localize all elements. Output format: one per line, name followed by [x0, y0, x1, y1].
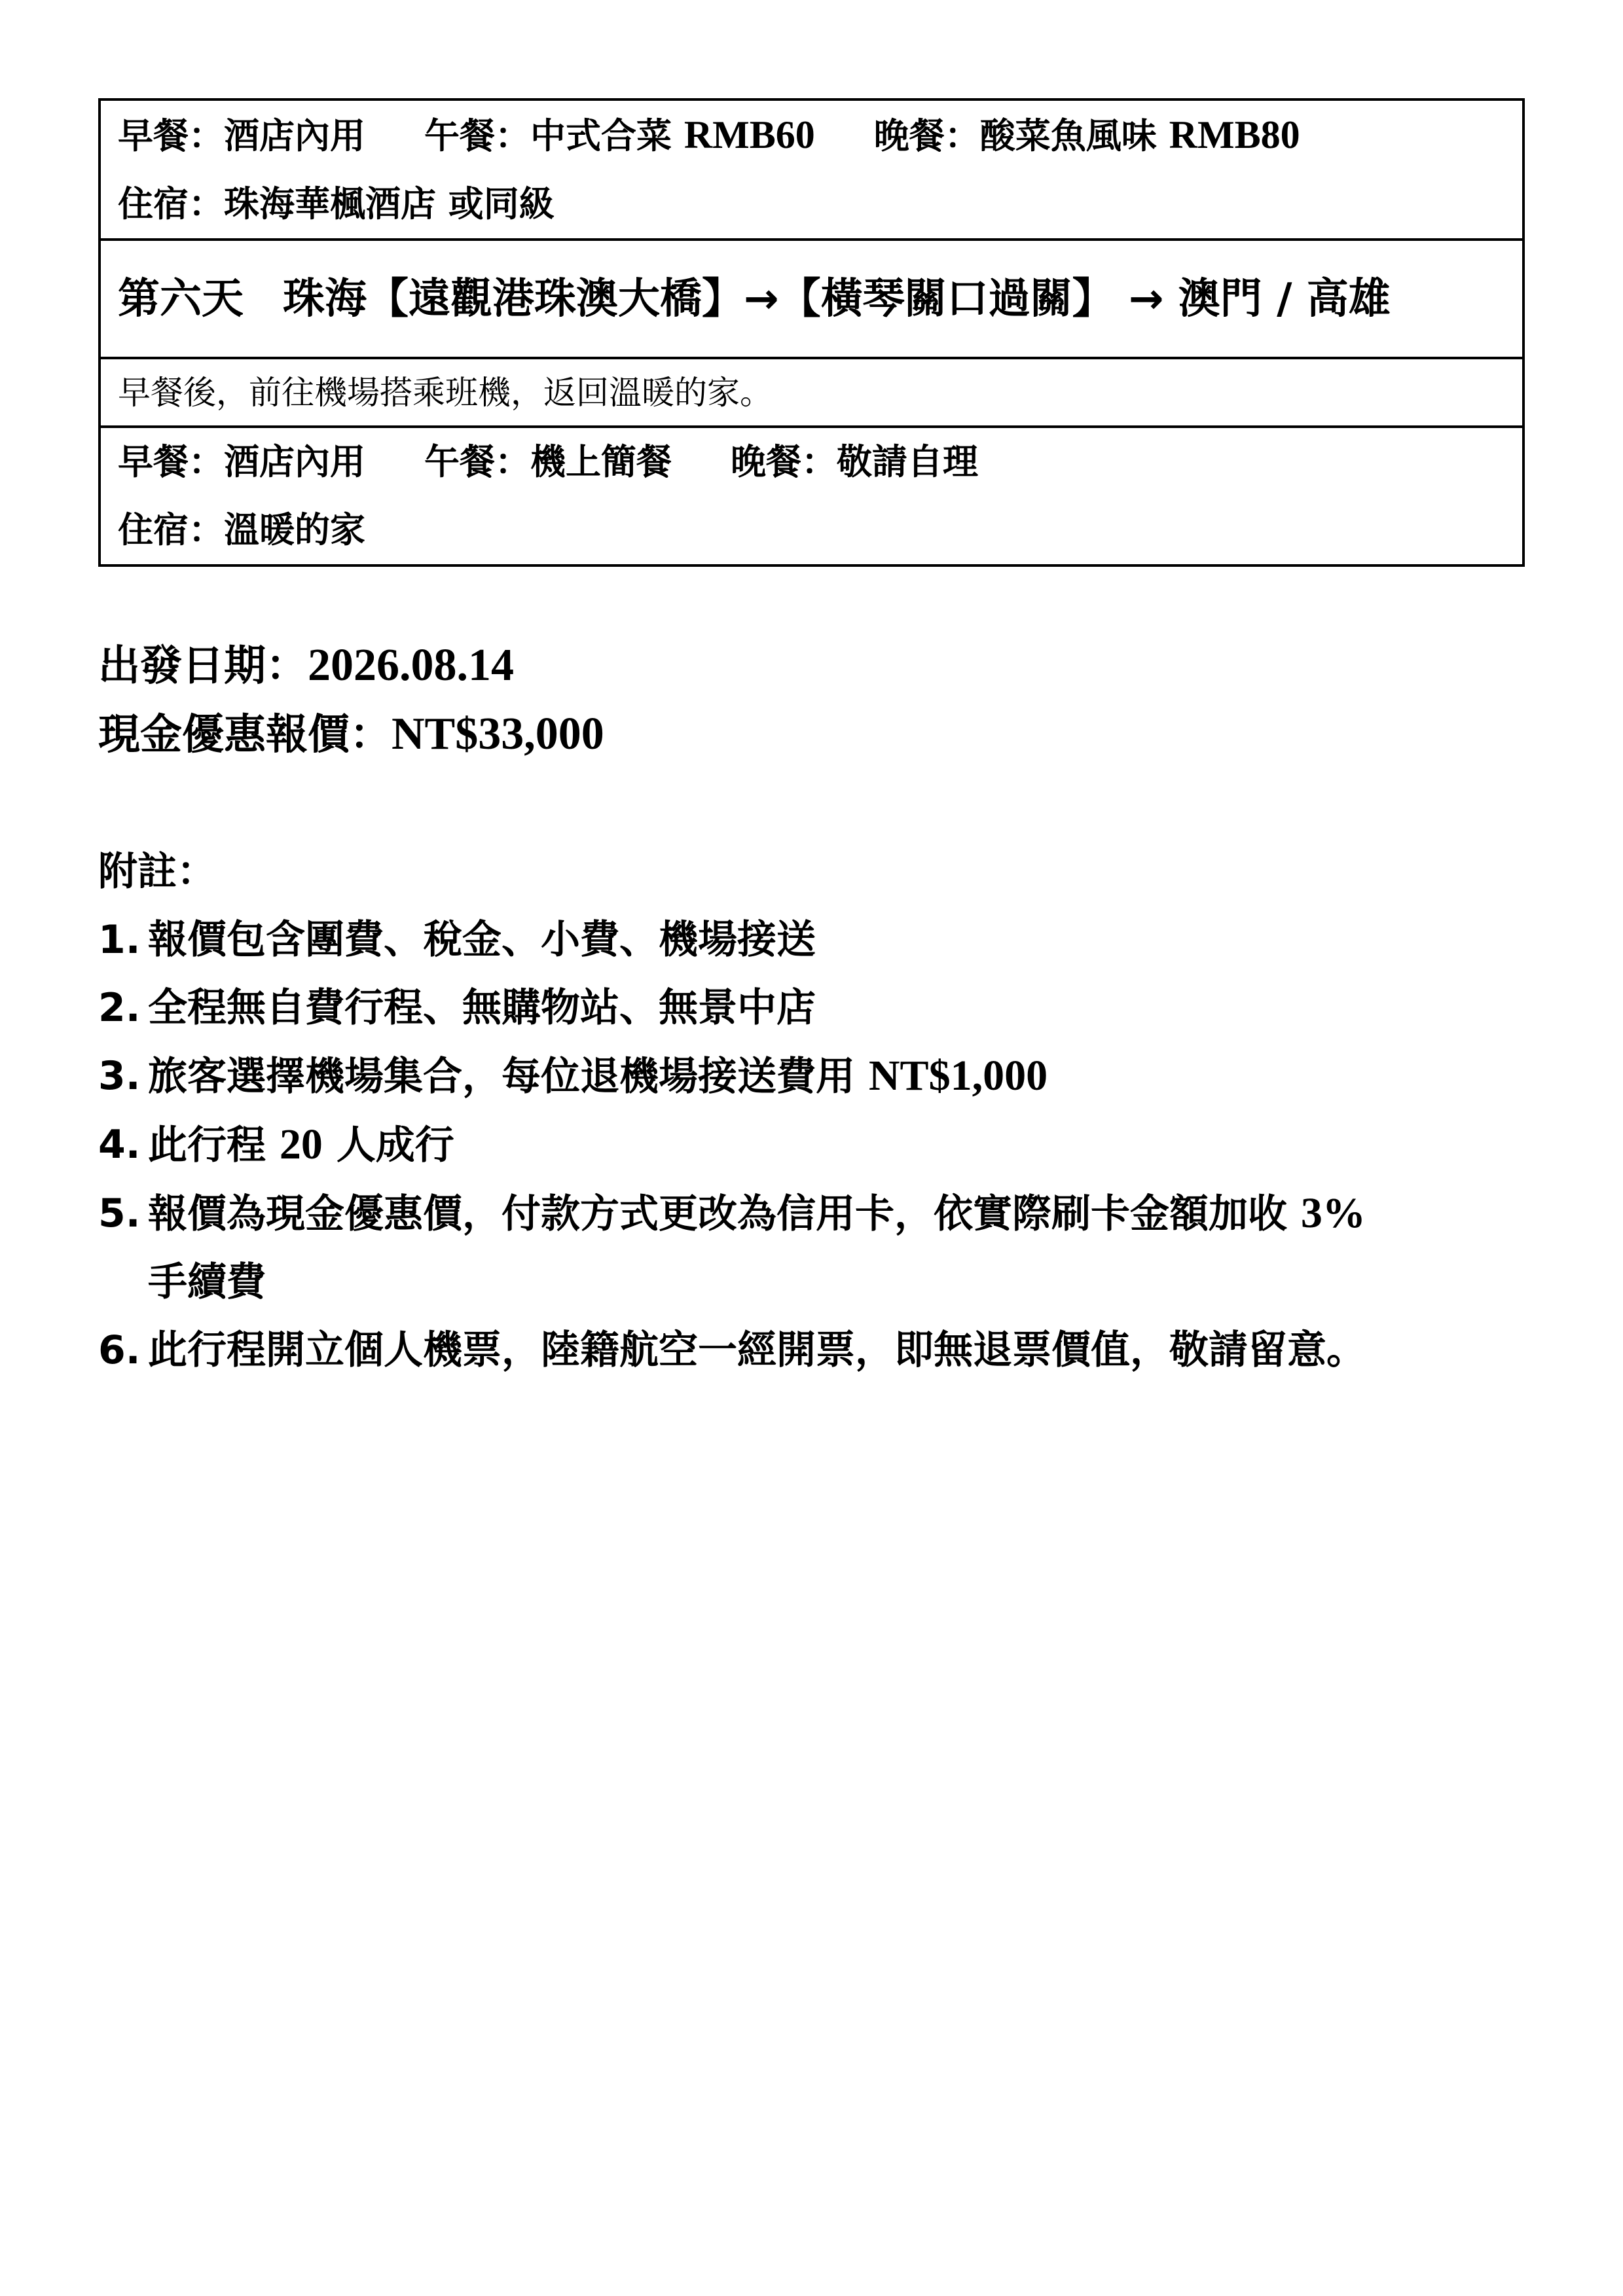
day6-description-row: 早餐後，前往機場搭乘班機，返回溫暖的家。 — [100, 358, 1523, 427]
lunch-value: 機上簡餐 — [530, 441, 672, 482]
note-text: 報價包含團費、稅金、小費、機場接送 — [148, 917, 816, 963]
day6-title: 第六天珠海【遠觀港珠澳大橋】→【橫琴關口過關】 → 澳門 / 高雄 — [118, 266, 1522, 332]
breakfast-value: 酒店內用 — [224, 115, 365, 156]
day5-meals-line: 早餐：酒店內用午餐：中式合菜 RMB60晚餐：酸菜魚風味 RMB80 — [118, 101, 1522, 170]
lunch-label: 午餐： — [424, 441, 530, 482]
dinner-value: 敬請自理 — [837, 441, 978, 482]
day6-meals-row: 早餐：酒店內用午餐：機上簡餐晚餐：敬請自理 住宿：溫暖的家 — [100, 427, 1523, 565]
note-amount: 3% — [1301, 1189, 1366, 1237]
note-index: 2. — [98, 974, 141, 1042]
notes-heading: 附註： — [98, 838, 1539, 906]
itinerary-table: 早餐：酒店內用午餐：中式合菜 RMB60晚餐：酸菜魚風味 RMB80 住宿：珠海… — [98, 98, 1525, 567]
note-text-after: 人成行 — [323, 1122, 454, 1168]
breakfast-label: 早餐： — [118, 441, 224, 482]
note-item: 2.全程無自費行程、無購物站、無景中店 — [98, 974, 1539, 1042]
breakfast-label: 早餐： — [118, 115, 224, 156]
breakfast-value: 酒店內用 — [224, 441, 365, 482]
hotel-value: 溫暖的家 — [224, 509, 365, 550]
price-value: NT$33,000 — [392, 709, 604, 759]
note-amount: NT$1,000 — [869, 1052, 1048, 1100]
lunch-value: 中式合菜 — [530, 115, 672, 156]
departure-date-line: 出發日期：2026.08.14 — [98, 632, 604, 700]
note-index: 3. — [98, 1042, 141, 1110]
note-item: 6.此行程開立個人機票，陸籍航空一經開票，即無退票價值，敬請留意。 — [98, 1316, 1539, 1384]
note-item: 4.此行程 20 人成行 — [98, 1111, 1539, 1179]
day5-hotel-line: 住宿：珠海華楓酒店 或同級 — [118, 170, 1522, 238]
note-text: 全程無自費行程、無購物站、無景中店 — [148, 985, 816, 1031]
day5-meals-cell: 早餐：酒店內用午餐：中式合菜 RMB60晚餐：酸菜魚風味 RMB80 住宿：珠海… — [100, 99, 1523, 240]
notes-list: 1.報價包含團費、稅金、小費、機場接送 2.全程無自費行程、無購物站、無景中店 … — [98, 906, 1539, 1384]
day6-hotel-line: 住宿：溫暖的家 — [118, 496, 1522, 564]
day6-description-cell: 早餐後，前往機場搭乘班機，返回溫暖的家。 — [100, 358, 1523, 427]
day-route: 珠海【遠觀港珠澳大橋】→【橫琴關口過關】 → 澳門 / 高雄 — [283, 275, 1391, 323]
hotel-value: 珠海華楓酒店 或同級 — [224, 183, 555, 224]
note-index: 6. — [98, 1316, 141, 1384]
note-item: 5.報價為現金優惠價，付款方式更改為信用卡，依實際刷卡金額加收 3%手續費 — [98, 1179, 1539, 1316]
day6-title-row: 第六天珠海【遠觀港珠澳大橋】→【橫琴關口過關】 → 澳門 / 高雄 — [100, 240, 1523, 358]
note-text: 此行程 — [148, 1122, 280, 1168]
note-index: 5. — [98, 1179, 141, 1247]
dinner-value: 酸菜魚風味 — [980, 115, 1157, 156]
note-text: 旅客選擇機場集合，每位退機場接送費用 — [148, 1054, 869, 1100]
dinner-price: RMB80 — [1169, 113, 1300, 156]
day5-meals-row: 早餐：酒店內用午餐：中式合菜 RMB60晚餐：酸菜魚風味 RMB80 住宿：珠海… — [100, 99, 1523, 240]
note-index: 4. — [98, 1111, 141, 1179]
lunch-label: 午餐： — [424, 115, 530, 156]
lunch-price: RMB60 — [684, 113, 815, 156]
price-line: 現金優惠報價：NT$33,000 — [98, 700, 604, 769]
notes-section: 附註： 1.報價包含團費、稅金、小費、機場接送 2.全程無自費行程、無購物站、無… — [98, 838, 1539, 1384]
dinner-label: 晚餐： — [731, 441, 837, 482]
day6-title-cell: 第六天珠海【遠觀港珠澳大橋】→【橫琴關口過關】 → 澳門 / 高雄 — [100, 240, 1523, 358]
day-label: 第六天 — [118, 275, 244, 323]
note-item: 3.旅客選擇機場集合，每位退機場接送費用 NT$1,000 — [98, 1042, 1539, 1111]
note-item: 1.報價包含團費、稅金、小費、機場接送 — [98, 906, 1539, 974]
note-index: 1. — [98, 906, 141, 974]
hotel-label: 住宿： — [118, 183, 224, 224]
price-label: 現金優惠報價： — [98, 711, 392, 759]
departure-label: 出發日期： — [98, 642, 308, 691]
hotel-label: 住宿： — [118, 509, 224, 550]
day6-meals-cell: 早餐：酒店內用午餐：機上簡餐晚餐：敬請自理 住宿：溫暖的家 — [100, 427, 1523, 565]
note-text: 此行程開立個人機票，陸籍航空一經開票，即無退票價值，敬請留意。 — [148, 1327, 1366, 1373]
day6-description: 早餐後，前往機場搭乘班機，返回溫暖的家。 — [118, 360, 1522, 425]
day6-meals-line: 早餐：酒店內用午餐：機上簡餐晚餐：敬請自理 — [118, 428, 1522, 496]
dinner-label: 晚餐： — [874, 115, 980, 156]
note-continuation: 手續費 — [148, 1259, 266, 1305]
trip-summary: 出發日期：2026.08.14 現金優惠報價：NT$33,000 — [98, 632, 604, 769]
note-text: 報價為現金優惠價，付款方式更改為信用卡，依實際刷卡金額加收 — [148, 1191, 1301, 1237]
departure-date: 2026.08.14 — [308, 640, 514, 691]
note-amount: 20 — [280, 1121, 323, 1168]
